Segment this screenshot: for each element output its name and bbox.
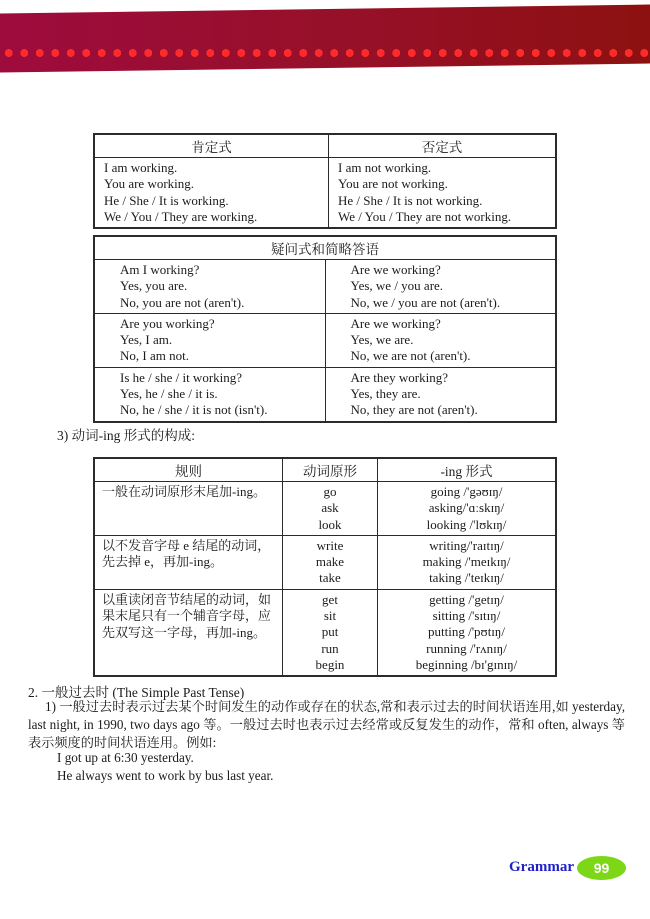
affirmative-header: 肯定式 <box>94 134 329 158</box>
verb: get <box>283 592 377 608</box>
simple-past-paragraph: 1) 一般过去时表示过去某个时间发生的动作或存在的状态,常和表示过去的时间状语连… <box>28 698 625 752</box>
banner-dots <box>1 47 650 59</box>
questions-table-title: 疑问式和简略答语 <box>94 236 556 260</box>
table-row: Am I working? Yes, you are. No, you are … <box>94 260 556 314</box>
sentence: He / She / It is not working. <box>338 193 555 209</box>
ing-form: looking /'lʊkɪŋ/ <box>378 517 555 533</box>
sentence: Yes, you are. <box>120 278 325 294</box>
sentence: We / You / They are not working. <box>338 209 555 225</box>
ing-form: beginning /bɪ'gɪnɪŋ/ <box>378 657 555 673</box>
verb: go <box>283 484 377 500</box>
sentence: Yes, we / you are. <box>351 278 556 294</box>
sentence: We / You / They are working. <box>104 209 328 225</box>
sentence: Are you working? <box>120 316 325 332</box>
example-sentence: He always went to work by bus last year. <box>57 767 273 785</box>
rule-text: 以不发音字母 e 结尾的动词，先去掉 e，再加-ing。 <box>102 538 277 571</box>
sentence: Yes, we are. <box>351 332 556 348</box>
textbook-page: 肯定式 否定式 I am working. You are working. H… <box>0 0 650 919</box>
verbs-cell: write make take <box>283 535 378 589</box>
sentence: Are they working? <box>351 370 556 386</box>
sentence: I am not working. <box>338 160 555 176</box>
verb: write <box>283 538 377 554</box>
example-sentences: I got up at 6:30 yesterday. He always we… <box>57 749 273 784</box>
table-row: 一般在动词原形末尾加-ing。 go ask look going /'gəʊɪ… <box>94 482 556 536</box>
table-header-row: 疑问式和简略答语 <box>94 236 556 260</box>
rule-cell: 一般在动词原形末尾加-ing。 <box>94 482 283 536</box>
ing-form: asking/'ɑːskɪŋ/ <box>378 500 555 516</box>
ing-form-header: -ing 形式 <box>378 458 557 482</box>
sentence: No, we are not (aren't). <box>351 348 556 364</box>
ing-formation-table: 规则 动词原形 -ing 形式 一般在动词原形末尾加-ing。 go ask l… <box>93 457 557 677</box>
affirmative-cell: I am working. You are working. He / She … <box>94 158 329 229</box>
page-number-badge: 99 <box>577 856 626 880</box>
verbs-cell: get sit put run begin <box>283 589 378 676</box>
sentence: Are we working? <box>351 262 556 278</box>
verb: look <box>283 517 377 533</box>
sentence: You are not working. <box>338 176 555 192</box>
page-number: 99 <box>594 860 610 876</box>
ing-form: making /'meɪkɪŋ/ <box>378 554 555 570</box>
sentence: No, you are not (aren't). <box>120 295 325 311</box>
sentence: No, I am not. <box>120 348 325 364</box>
question-cell: Am I working? Yes, you are. No, you are … <box>94 260 325 314</box>
sentence: You are working. <box>104 176 328 192</box>
rule-header: 规则 <box>94 458 283 482</box>
table-header-row: 规则 动词原形 -ing 形式 <box>94 458 556 482</box>
sentence: Yes, they are. <box>351 386 556 402</box>
negative-cell: I am not working. You are not working. H… <box>329 158 557 229</box>
table-header-row: 肯定式 否定式 <box>94 134 556 158</box>
question-cell: Are they working? Yes, they are. No, the… <box>325 367 556 421</box>
forms-cell: getting /'getɪŋ/ sitting /'sɪtɪŋ/ puttin… <box>378 589 557 676</box>
questions-short-answers-table: 疑问式和简略答语 Am I working? Yes, you are. No,… <box>93 235 557 423</box>
verb: sit <box>283 608 377 624</box>
table-row: Is he / she / it working? Yes, he / she … <box>94 367 556 421</box>
verb: put <box>283 624 377 640</box>
grammar-footer-label: Grammar <box>509 859 574 876</box>
present-continuous-forms-table: 肯定式 否定式 I am working. You are working. H… <box>93 133 557 229</box>
ing-formation-heading: 3) 动词-ing 形式的构成: <box>57 424 195 444</box>
forms-cell: writing/'raɪtɪŋ/ making /'meɪkɪŋ/ taking… <box>378 535 557 589</box>
example-sentence: I got up at 6:30 yesterday. <box>57 749 273 767</box>
verbs-cell: go ask look <box>283 482 378 536</box>
table-row: 以重读闭音节结尾的动词，如果末尾只有一个辅音字母，应先双写这一字母，再加-ing… <box>94 589 556 676</box>
negative-header: 否定式 <box>329 134 557 158</box>
forms-cell: going /'gəʊɪŋ/ asking/'ɑːskɪŋ/ looking /… <box>378 482 557 536</box>
sentence: Are we working? <box>351 316 556 332</box>
sentence: No, he / she / it is not (isn't). <box>120 402 325 418</box>
ing-form: getting /'getɪŋ/ <box>378 592 555 608</box>
verb: take <box>283 570 377 586</box>
sentence: He / She / It is working. <box>104 193 328 209</box>
ing-form: taking /'teɪkɪŋ/ <box>378 570 555 586</box>
ing-form: putting /'pʊtɪŋ/ <box>378 624 555 640</box>
ing-form: sitting /'sɪtɪŋ/ <box>378 608 555 624</box>
base-verb-header: 动词原形 <box>283 458 378 482</box>
sentence: I am working. <box>104 160 328 176</box>
question-cell: Are we working? Yes, we are. No, we are … <box>325 313 556 367</box>
rule-text: 一般在动词原形末尾加-ing。 <box>102 484 277 501</box>
question-cell: Is he / she / it working? Yes, he / she … <box>94 367 325 421</box>
verb: ask <box>283 500 377 516</box>
rule-text: 以重读闭音节结尾的动词，如果末尾只有一个辅音字母，应先双写这一字母，再加-ing… <box>102 592 277 642</box>
ing-form: writing/'raɪtɪŋ/ <box>378 538 555 554</box>
decorative-red-banner <box>0 4 650 72</box>
table-row: Are you working? Yes, I am. No, I am not… <box>94 313 556 367</box>
sentence: Yes, I am. <box>120 332 325 348</box>
verb: begin <box>283 657 377 673</box>
table-row: I am working. You are working. He / She … <box>94 158 556 229</box>
sentence: No, they are not (aren't). <box>351 402 556 418</box>
ing-form: going /'gəʊɪŋ/ <box>378 484 555 500</box>
question-cell: Are we working? Yes, we / you are. No, w… <box>325 260 556 314</box>
sentence: Am I working? <box>120 262 325 278</box>
verb: make <box>283 554 377 570</box>
sentence: No, we / you are not (aren't). <box>351 295 556 311</box>
ing-form: running /'rʌnɪŋ/ <box>378 641 555 657</box>
rule-cell: 以重读闭音节结尾的动词，如果末尾只有一个辅音字母，应先双写这一字母，再加-ing… <box>94 589 283 676</box>
verb: run <box>283 641 377 657</box>
sentence: Is he / she / it working? <box>120 370 325 386</box>
table-row: 以不发音字母 e 结尾的动词，先去掉 e，再加-ing。 write make … <box>94 535 556 589</box>
rule-cell: 以不发音字母 e 结尾的动词，先去掉 e，再加-ing。 <box>94 535 283 589</box>
sentence: Yes, he / she / it is. <box>120 386 325 402</box>
question-cell: Are you working? Yes, I am. No, I am not… <box>94 313 325 367</box>
